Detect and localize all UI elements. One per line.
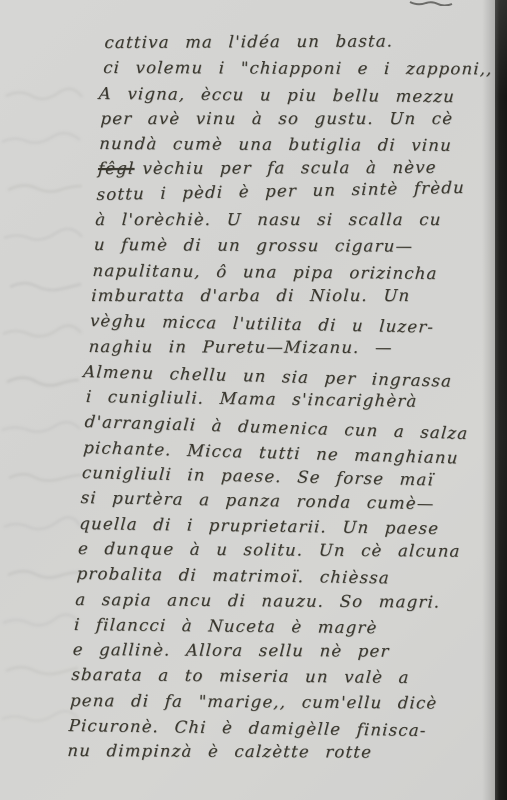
line-text: pena di fa "marige,, cum'ellu dicè — [70, 691, 438, 713]
line-text: a sapia ancu di nauzu. So magri. — [75, 590, 441, 612]
handwritten-line: e dunque à u solitu. Un cè alcuna — [77, 536, 490, 564]
handwritten-line: a sapia ancu di nauzu. So magri. — [75, 587, 488, 615]
line-text: quella di i pruprietarii. Un paese — [79, 514, 440, 538]
line-text: à l'orèchiè. U nasu si scalla cu — [95, 210, 442, 229]
line-text: ci volemu i "chiapponi e i zapponi,, — [103, 58, 494, 78]
line-text: vèghu micca l'utilita di u luzer- — [89, 311, 435, 337]
line-text: sottu i pèdi è per un sintè frèdu — [96, 178, 465, 204]
line-text: nu dimpinzà è calzètte rotte — [67, 741, 373, 762]
handwritten-line: e gallinè. Allora sellu nè per — [72, 637, 485, 664]
line-text: sbarata a to miseria un valè a — [71, 665, 410, 687]
line-text: Picuronè. Chi è damigèlle finisca- — [68, 716, 427, 740]
cropped-ink-mark — [408, 0, 454, 6]
handwritten-line: u fumè di un grossu cigaru— — [93, 232, 506, 259]
line-text: si purtèra a panza ronda cumè— — [80, 488, 435, 513]
handwritten-line: cattiva ma l'idéa un basta. — [104, 28, 507, 55]
handwritten-line: sbarata a to miseria un valè a — [71, 662, 484, 691]
handwritten-line: à l'orèchiè. U nasu si scalla cu — [95, 207, 507, 232]
line-text: e gallinè. Allora sellu nè per — [72, 640, 390, 661]
line-text: probalita di matrimoï. chièssa — [76, 564, 390, 587]
line-text: naghiu in Puretu—Mizanu. — — [88, 337, 393, 357]
line-text: per avè vinu à so gustu. Un cè — [100, 109, 454, 128]
handwritten-line: nu dimpinzà è calzètte rotte — [67, 738, 480, 765]
line-text: A vigna, èccu u piu bellu mezzu — [98, 84, 455, 106]
struck-word: fêgl — [97, 159, 134, 178]
line-text: e dunque à u solitu. Un cè alcuna — [77, 539, 461, 561]
handwritten-line: per avè vinu à so gustu. Un cè — [100, 106, 507, 131]
handwritten-line: A vigna, èccu u piu bellu mezzu — [98, 81, 507, 110]
line-text: nundà cumè una butiglia di vinu — [99, 134, 453, 155]
manuscript-page: cattiva ma l'idéa un basta. ci volemu i … — [67, 30, 507, 764]
line-text: i cunigliuli. Mama s'incarighèrà — [85, 387, 418, 411]
handwritten-line: pena di fa "marige,, cum'ellu dicè — [69, 688, 482, 716]
handwritten-line: ci volemu i "chiapponi e i zapponi,, — [103, 55, 507, 82]
handwritten-line: naghiu in Puretu—Mizanu. — — [88, 334, 501, 361]
handwritten-line: napulitanu, ô una pipa orizincha — [92, 258, 505, 287]
scan-edge-strip — [495, 0, 507, 800]
line-text: i filancci à Nuceta è magrè — [73, 615, 378, 637]
line-text: cattiva ma l'idéa un basta. — [104, 31, 394, 52]
line-text: u fumè di un grossu cigaru— — [93, 235, 413, 256]
line-text: napulitanu, ô una pipa orizincha — [92, 261, 438, 283]
handwritten-line: imburatta d'arba di Niolu. Un — [91, 283, 504, 308]
line-text: imburatta d'arba di Niolu. Un — [91, 286, 411, 305]
